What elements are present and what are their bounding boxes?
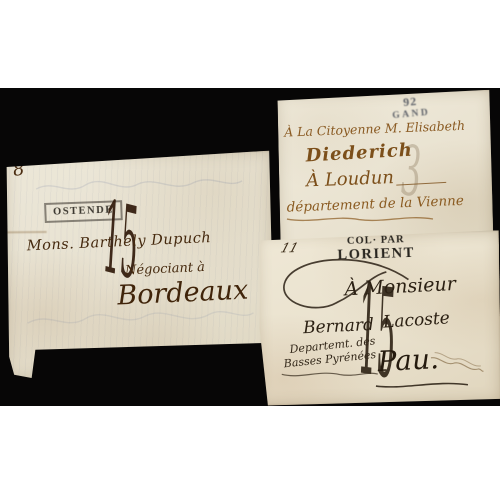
- auction-photo-page: 8 OSTENDE 15 Mons. Barthely Dupuch Négoc…: [0, 0, 500, 500]
- address-city: Bordeaux: [117, 275, 249, 312]
- cover-ostende-bordeaux: 8 OSTENDE 15 Mons. Barthely Dupuch Négoc…: [4, 151, 274, 380]
- address-surname: Diederich: [305, 140, 413, 167]
- address-profession: Négociant à: [125, 260, 205, 279]
- photo-black-background: 8 OSTENDE 15 Mons. Barthely Dupuch Négoc…: [0, 88, 500, 406]
- manuscript-weight-mark: 8: [12, 159, 26, 181]
- show-through-script: [34, 169, 244, 201]
- cover-gand-loudun: 92 GAND 3 À La Citoyenne M. Elisabeth Di…: [276, 90, 493, 254]
- underline-flourish: [285, 212, 435, 225]
- city-underline: [374, 379, 470, 390]
- manuscript-weight-mark: 11: [279, 241, 300, 256]
- address-departement: département de la Vienne: [286, 193, 464, 216]
- address-surname: Lacoste: [382, 308, 450, 332]
- address-city: À Loudun: [306, 167, 395, 191]
- gand-departement-postmark: 92 GAND: [380, 92, 442, 122]
- address-salutation: À Monsieur: [344, 273, 456, 300]
- cover-lorient-pau: 11 COL· PAR LORIENT 15 À Monsieur Bernar…: [256, 230, 500, 405]
- address-recipient: À La Citoyenne M. Elisabeth: [284, 118, 465, 140]
- fold-crease: [7, 231, 47, 233]
- origin-underline-flourish: [280, 367, 380, 380]
